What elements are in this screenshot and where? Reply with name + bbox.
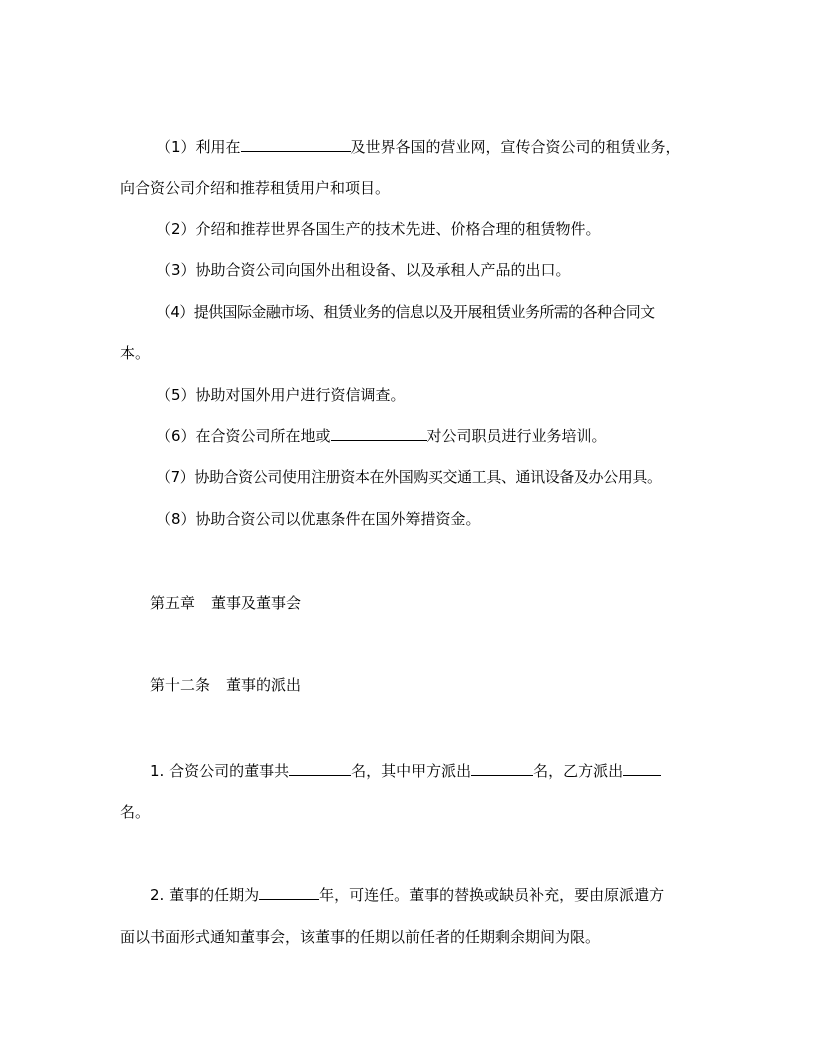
clause-2: 2. 董事的任期为年，可连任。董事的替换或缺员补充，要由原派遣方 xyxy=(150,885,664,905)
clause-1-continuation: 名。 xyxy=(120,802,150,822)
paragraph-3: （3）协助合资公司向国外出租设备、以及承租人产品的出口。 xyxy=(156,260,571,280)
article-number: 第十二条 xyxy=(150,676,210,694)
chapter-title: 董事及董事会 xyxy=(211,594,301,612)
document-page: （1）利用在及世界各国的营业网，宣传合资公司的租赁业务， 向合资公司介绍和推荐租… xyxy=(0,0,816,1056)
blank-field-1[interactable] xyxy=(241,137,351,152)
paragraph-7: （7）协助合资公司使用注册资本在外国购买交通工具、通讯设备及办公用具。 xyxy=(156,467,662,487)
clause-1-text-c: 名，乙方派出 xyxy=(533,762,623,780)
blank-field-party-b-directors[interactable] xyxy=(623,761,661,776)
paragraph-1: （1）利用在及世界各国的营业网，宣传合资公司的租赁业务， xyxy=(156,137,681,157)
paragraph-5: （5）协助对国外用户进行资信调查。 xyxy=(156,385,406,405)
clause-1-text-b: 名，其中甲方派出 xyxy=(351,762,471,780)
chapter-number: 第五章 xyxy=(150,594,195,612)
paragraph-4-continuation: 本。 xyxy=(120,343,150,363)
paragraph-1-text-a: （1）利用在 xyxy=(156,138,241,156)
clause-2-text-a: 2. 董事的任期为 xyxy=(150,886,259,904)
clause-1-text-a: 1. 合资公司的董事共 xyxy=(150,762,289,780)
article-heading: 第十二条董事的派出 xyxy=(150,675,301,695)
blank-field-party-a-directors[interactable] xyxy=(471,761,533,776)
paragraph-1-continuation: 向合资公司介绍和推荐租赁用户和项目。 xyxy=(120,178,390,198)
paragraph-2: （2）介绍和推荐世界各国生产的技术先进、价格合理的租赁物件。 xyxy=(156,219,601,239)
blank-field-2[interactable] xyxy=(331,426,427,441)
clause-2-text-b: 年，可连任。董事的替换或缺员补充，要由原派遣方 xyxy=(319,886,664,904)
blank-field-total-directors[interactable] xyxy=(289,761,351,776)
chapter-heading: 第五章董事及董事会 xyxy=(150,593,301,613)
clause-1: 1. 合资公司的董事共名，其中甲方派出名，乙方派出 xyxy=(150,761,661,781)
paragraph-8: （8）协助合资公司以优惠条件在国外筹措资金。 xyxy=(156,509,481,529)
paragraph-6-text-b: 对公司职员进行业务培训。 xyxy=(427,427,607,445)
paragraph-1-text-b: 及世界各国的营业网，宣传合资公司的租赁业务， xyxy=(351,138,681,156)
blank-field-term-years[interactable] xyxy=(259,885,319,900)
paragraph-6: （6）在合资公司所在地或对公司职员进行业务培训。 xyxy=(156,426,607,446)
clause-2-continuation: 面以书面形式通知董事会，该董事的任期以前任者的任期剩余期间为限。 xyxy=(120,927,600,947)
article-title: 董事的派出 xyxy=(226,676,301,694)
paragraph-4: （4）提供国际金融市场、租赁业务的信息以及开展租赁业务所需的各种合同文 xyxy=(156,302,655,322)
paragraph-6-text-a: （6）在合资公司所在地或 xyxy=(156,427,331,445)
